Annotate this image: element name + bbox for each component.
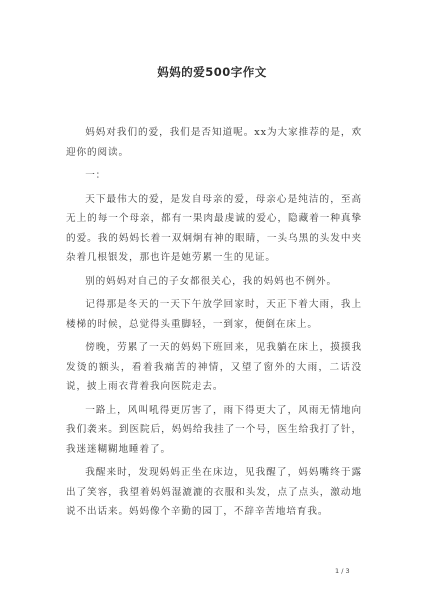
paragraph: 我醒来时，发现妈妈正坐在床边，见我醒了，妈妈嘴终于露出了笑容，我望着妈妈湿漉漉的…	[66, 463, 362, 522]
paragraph: 一路上，风叫吼得更厉害了，雨下得更大了，风雨无情地向我们袭来。到医院后，妈妈给我…	[66, 401, 362, 460]
paragraph: 傍晚，劳累了一天的妈妈下班回来，见我躺在床上，摸摸我发烫的额头，看着我痛苦的神情…	[66, 338, 362, 397]
paragraph-intro: 妈妈对我们的爱，我们是否知道呢。xx为大家推荐的是，欢迎你的阅读。	[66, 123, 362, 162]
paragraph: 记得那是冬天的一天下午放学回家时，天正下着大雨，我上楼梯的时候，总觉得头重脚轻，…	[66, 295, 362, 334]
paragraph: 天下最伟大的爱，是发自母亲的爱，母亲心是纯洁的，至高无上的每一个母亲，都有一果肉…	[66, 190, 362, 268]
document-body: 妈妈对我们的爱，我们是否知道呢。xx为大家推荐的是，欢迎你的阅读。 一： 天下最…	[66, 123, 362, 526]
paragraph: 别的妈妈对自己的子女都很关心，我的妈妈也不例外。	[66, 272, 362, 292]
document-page: 妈妈的爱500字作文 妈妈对我们的爱，我们是否知道呢。xx为大家推荐的是，欢迎你…	[0, 0, 424, 600]
paragraph-section-heading: 一：	[66, 166, 362, 186]
document-title: 妈妈的爱500字作文	[0, 64, 424, 80]
page-indicator: 1 / 3	[335, 567, 350, 575]
